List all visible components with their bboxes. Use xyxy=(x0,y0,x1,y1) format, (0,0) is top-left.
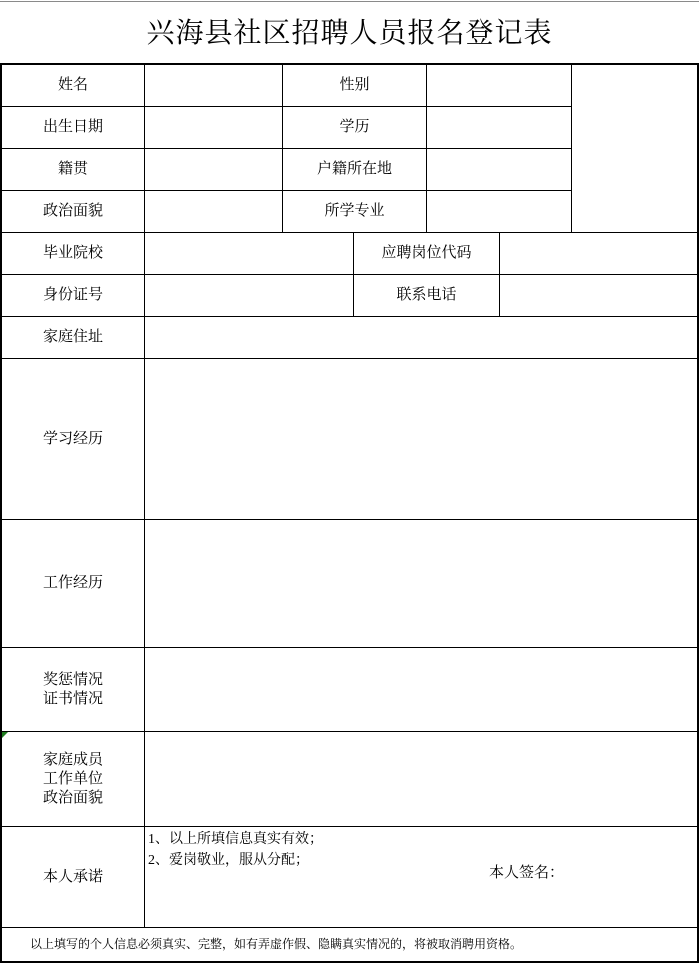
political-status-field[interactable] xyxy=(145,191,283,233)
band-basic-info: 姓名 性别 出生日期 学历 籍贯 户籍所在地 xyxy=(2,65,697,233)
family-members-label: 家庭成员 工作单位 政治面貌 xyxy=(2,732,145,827)
form-table: 姓名 性别 出生日期 学历 籍贯 户籍所在地 xyxy=(0,63,699,963)
registration-form-page: 兴海县社区招聘人员报名登记表 姓名 性别 出生日期 学历 籍贯 xyxy=(0,0,699,966)
family-members-field[interactable] xyxy=(145,732,697,827)
id-number-field[interactable] xyxy=(145,275,354,317)
rewards-label-line2: 证书情况 xyxy=(43,690,103,709)
home-address-field[interactable] xyxy=(145,317,697,359)
basic-info-rows: 姓名 性别 出生日期 学历 籍贯 户籍所在地 xyxy=(2,65,572,233)
household-registration-label: 户籍所在地 xyxy=(283,149,427,191)
name-label: 姓名 xyxy=(2,65,145,107)
rewards-certificates-field[interactable] xyxy=(145,648,697,732)
rewards-certificates-label: 奖惩情况 证书情况 xyxy=(2,648,145,732)
gender-label: 性别 xyxy=(283,65,427,107)
table-row: 身份证号 联系电话 xyxy=(2,275,697,317)
family-label-line3: 政治面貌 xyxy=(43,789,103,808)
household-registration-field[interactable] xyxy=(427,149,572,191)
name-field[interactable] xyxy=(145,65,283,107)
signature-label: 本人签名： xyxy=(489,863,564,884)
graduation-school-label: 毕业院校 xyxy=(2,233,145,275)
commitment-label: 本人承诺 xyxy=(2,827,145,928)
work-experience-field[interactable] xyxy=(145,520,697,648)
graduation-school-field[interactable] xyxy=(145,233,354,275)
family-label-line1: 家庭成员 xyxy=(43,751,103,770)
table-row: 以上填写的个人信息必须真实、完整，如有弄虚作假、隐瞒真实情况的，将被取消聘用资格… xyxy=(2,928,697,961)
rewards-label-line1: 奖惩情况 xyxy=(43,671,103,690)
native-place-label: 籍贯 xyxy=(2,149,145,191)
photo-cell[interactable] xyxy=(572,65,697,233)
birthdate-label: 出生日期 xyxy=(2,107,145,149)
cell-error-indicator xyxy=(2,732,8,738)
table-row: 政治面貌 所学专业 xyxy=(2,191,572,233)
table-row: 本人承诺 1、以上所填信息真实有效； 2、爱岗敬业，服从分配； 本人签名： xyxy=(2,827,697,928)
table-row: 籍贯 户籍所在地 xyxy=(2,149,572,191)
education-field[interactable] xyxy=(427,107,572,149)
work-experience-label: 工作经历 xyxy=(2,520,145,648)
birthdate-field[interactable] xyxy=(145,107,283,149)
footer-note: 以上填写的个人信息必须真实、完整，如有弄虚作假、隐瞒真实情况的，将被取消聘用资格… xyxy=(2,928,697,961)
work-experience-label-text: 工作经历 xyxy=(43,574,103,593)
native-place-field[interactable] xyxy=(145,149,283,191)
study-experience-field[interactable] xyxy=(145,359,697,520)
study-experience-label-text: 学习经历 xyxy=(43,430,103,449)
form-title: 兴海县社区招聘人员报名登记表 xyxy=(0,0,699,62)
gender-field[interactable] xyxy=(427,65,572,107)
phone-field[interactable] xyxy=(500,275,697,317)
id-number-label: 身份证号 xyxy=(2,275,145,317)
commitment-item-1: 1、以上所填信息真实有效； xyxy=(148,829,323,850)
major-label: 所学专业 xyxy=(283,191,427,233)
home-address-label: 家庭住址 xyxy=(2,317,145,359)
political-status-label: 政治面貌 xyxy=(2,191,145,233)
major-field[interactable] xyxy=(427,191,572,233)
family-label-line2: 工作单位 xyxy=(43,770,103,789)
table-row: 工作经历 xyxy=(2,520,697,648)
education-label: 学历 xyxy=(283,107,427,149)
table-row: 家庭住址 xyxy=(2,317,697,359)
table-row: 姓名 性别 xyxy=(2,65,572,107)
position-code-label: 应聘岗位代码 xyxy=(354,233,500,275)
table-row: 出生日期 学历 xyxy=(2,107,572,149)
table-row: 家庭成员 工作单位 政治面貌 xyxy=(2,732,697,827)
table-row: 毕业院校 应聘岗位代码 xyxy=(2,233,697,275)
table-row: 奖惩情况 证书情况 xyxy=(2,648,697,732)
position-code-field[interactable] xyxy=(500,233,697,275)
study-experience-label: 学习经历 xyxy=(2,359,145,520)
commitment-item-2: 2、爱岗敬业，服从分配； xyxy=(148,850,309,871)
commitment-field[interactable]: 1、以上所填信息真实有效； 2、爱岗敬业，服从分配； 本人签名： xyxy=(145,827,697,928)
table-row: 学习经历 xyxy=(2,359,697,520)
phone-label: 联系电话 xyxy=(354,275,500,317)
